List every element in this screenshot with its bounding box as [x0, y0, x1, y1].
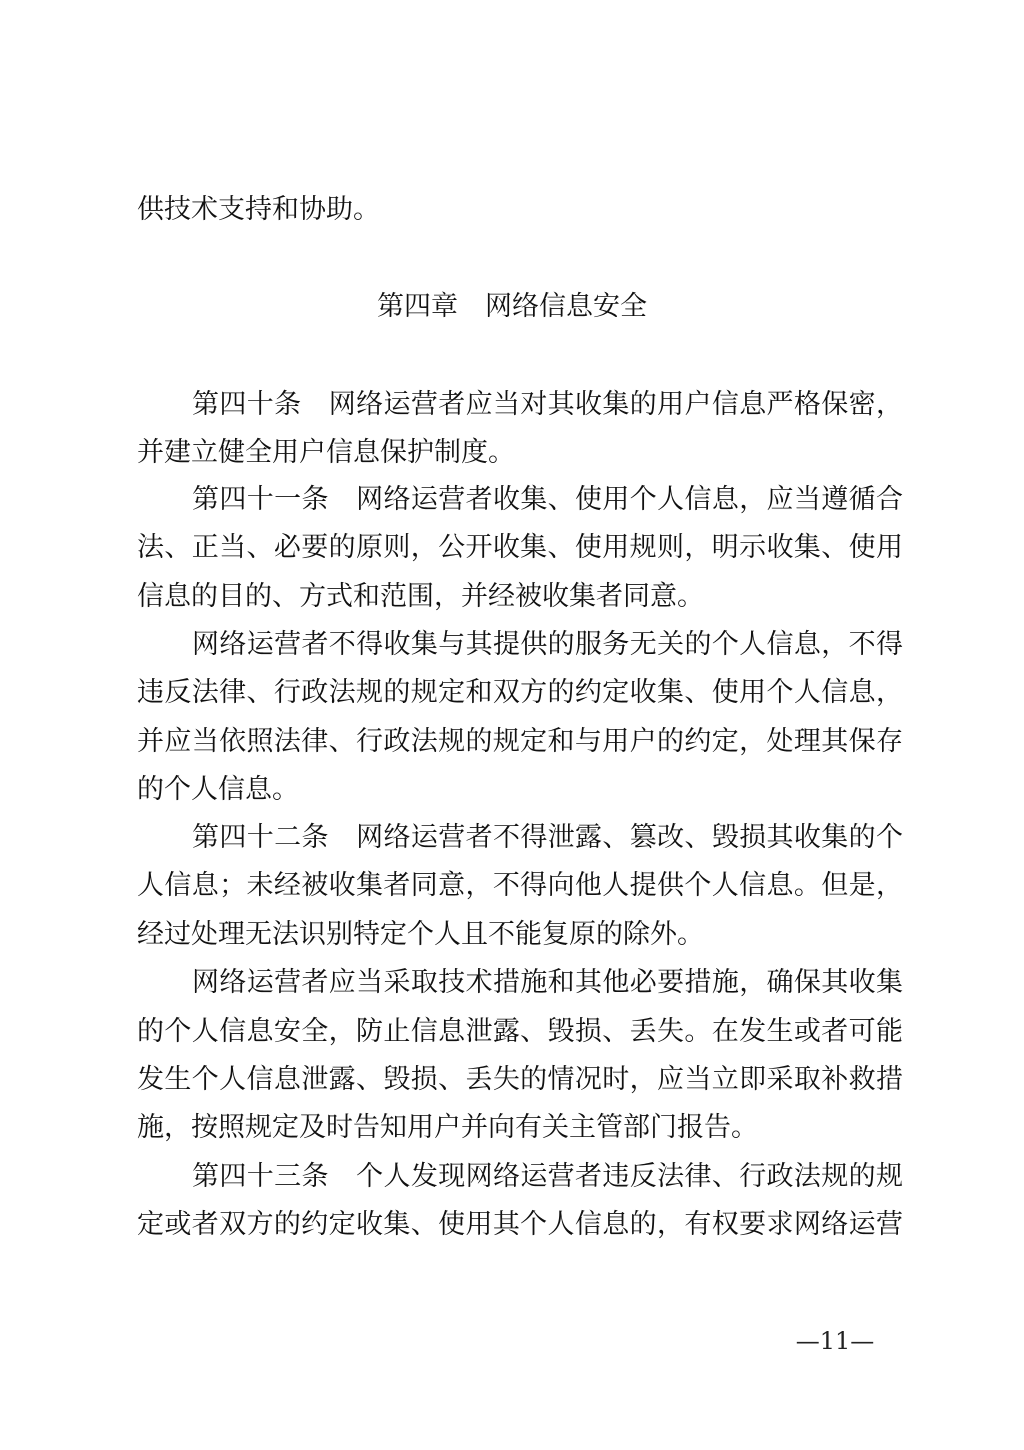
article-40-line-2: 并建立健全用户信息保护制度。 — [137, 436, 903, 470]
article-42-line-2: 人信息；未经被收集者同意，不得向他人提供个人信息。但是， — [137, 869, 903, 903]
article-42-line-3: 经过处理无法识别特定个人且不能复原的除外。 — [137, 918, 903, 952]
article-41-line-1: 第四十一条 网络运营者收集、使用个人信息，应当遵循合 — [192, 483, 903, 517]
article-41-line-2: 法、正当、必要的原则，公开收集、使用规则，明示收集、使用 — [137, 531, 903, 565]
article-43-line-2: 定或者双方的约定收集、使用其个人信息的，有权要求网络运营 — [137, 1208, 903, 1242]
article-41-para2-line-1: 网络运营者不得收集与其提供的服务无关的个人信息，不得 — [192, 628, 903, 662]
article-40-line-1: 第四十条 网络运营者应当对其收集的用户信息严格保密， — [192, 388, 903, 422]
article-42-para2-line-4: 施，按照规定及时告知用户并向有关主管部门报告。 — [137, 1111, 903, 1145]
document-page: 供技术支持和协助。 第四章 网络信息安全 第四十条 网络运营者应当对其收集的用户… — [0, 0, 1024, 1450]
article-42-para2-line-2: 的个人信息安全，防止信息泄露、毁损、丢失。在发生或者可能 — [137, 1015, 903, 1049]
article-43-line-1: 第四十三条 个人发现网络运营者违反法律、行政法规的规 — [192, 1160, 903, 1194]
article-41-para2-line-3: 并应当依照法律、行政法规的规定和与用户的约定，处理其保存 — [137, 725, 903, 759]
chapter-title: 第四章 网络信息安全 — [0, 290, 1024, 324]
article-41-line-3: 信息的目的、方式和范围，并经被收集者同意。 — [137, 580, 903, 614]
continuation-text: 供技术支持和协助。 — [137, 193, 903, 227]
page-number: —11— — [780, 1326, 890, 1356]
article-41-para2-line-2: 违反法律、行政法规的规定和双方的约定收集、使用个人信息， — [137, 676, 903, 710]
article-42-para2-line-3: 发生个人信息泄露、毁损、丢失的情况时，应当立即采取补救措 — [137, 1063, 903, 1097]
article-41-para2-line-4: 的个人信息。 — [137, 773, 903, 807]
article-42-line-1: 第四十二条 网络运营者不得泄露、篡改、毁损其收集的个 — [192, 821, 903, 855]
article-42-para2-line-1: 网络运营者应当采取技术措施和其他必要措施，确保其收集 — [192, 966, 903, 1000]
